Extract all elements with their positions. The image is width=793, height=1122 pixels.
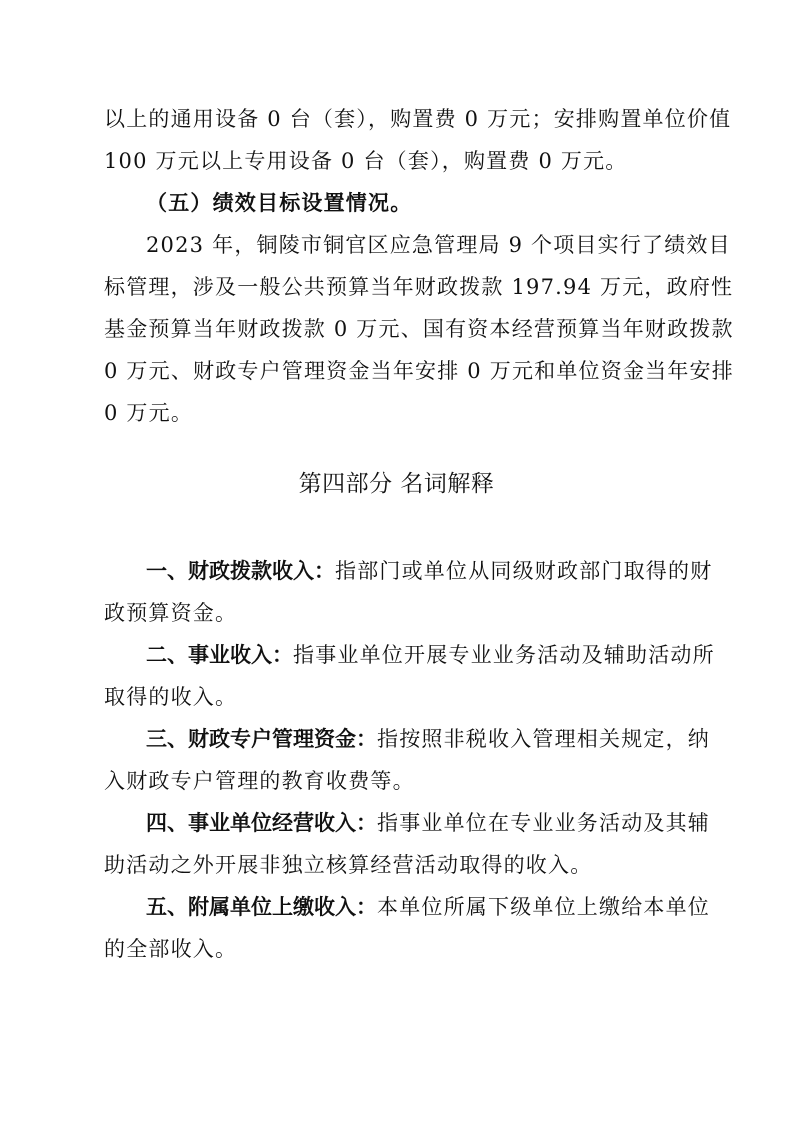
performance-paragraph-line-2: 标管理，涉及一般公共预算当年财政拨款 197.94 万元，政府性: [104, 272, 704, 302]
document-page: 以上的通用设备 0 台（套），购置费 0 万元；安排购置单位价值 100 万元以…: [0, 0, 793, 1122]
definition-2-line-2: 取得的收入。: [104, 682, 704, 712]
definition-5-line-2: 的全部收入。: [104, 934, 704, 964]
definition-2-term: 二、事业收入：: [146, 643, 293, 667]
definition-5-text: 本单位所属下级单位上缴给本单位: [377, 895, 710, 919]
performance-subheading: （五）绩效目标设置情况。: [146, 188, 746, 218]
definition-1-text: 指部门或单位从同级财政部门取得的财: [335, 559, 712, 583]
definition-1-line-1: 一、财政拨款收入：指部门或单位从同级财政部门取得的财: [146, 556, 706, 586]
definition-4-line-2: 助活动之外开展非独立核算经营活动取得的收入。: [104, 850, 704, 880]
definition-3-line-1: 三、财政专户管理资金：指按照非税收入管理相关规定，纳: [146, 724, 706, 754]
definition-4-term: 四、事业单位经营收入：: [146, 811, 377, 835]
equipment-paragraph-line-1: 以上的通用设备 0 台（套），购置费 0 万元；安排购置单位价值: [104, 104, 704, 134]
performance-paragraph-line-1: 2023 年，铜陵市铜官区应急管理局 9 个项目实行了绩效目: [146, 230, 706, 260]
definition-3-line-2: 入财政专户管理的教育收费等。: [104, 766, 704, 796]
performance-paragraph-line-3: 基金预算当年财政拨款 0 万元、国有资本经营预算当年财政拨款: [104, 314, 704, 344]
definition-5-line-1: 五、附属单位上缴收入：本单位所属下级单位上缴给本单位: [146, 892, 706, 922]
performance-paragraph-line-4: 0 万元、财政专户管理资金当年安排 0 万元和单位资金当年安排: [104, 356, 704, 386]
definition-1-line-2: 政预算资金。: [104, 598, 704, 628]
definition-3-term: 三、财政专户管理资金：: [146, 727, 377, 751]
performance-paragraph-line-5: 0 万元。: [104, 398, 704, 428]
equipment-paragraph-line-2: 100 万元以上专用设备 0 台（套），购置费 0 万元。: [104, 146, 704, 176]
definition-1-term: 一、财政拨款收入：: [146, 559, 335, 583]
section-title-glossary: 第四部分 名词解释: [0, 468, 793, 500]
definition-3-text: 指按照非税收入管理相关规定，纳: [377, 727, 710, 751]
definition-5-term: 五、附属单位上缴收入：: [146, 895, 377, 919]
definition-2-text: 指事业单位开展专业业务活动及辅助活动所: [293, 643, 715, 667]
definition-2-line-1: 二、事业收入：指事业单位开展专业业务活动及辅助活动所: [146, 640, 706, 670]
definition-4-text: 指事业单位在专业业务活动及其辅: [377, 811, 710, 835]
definition-4-line-1: 四、事业单位经营收入：指事业单位在专业业务活动及其辅: [146, 808, 706, 838]
